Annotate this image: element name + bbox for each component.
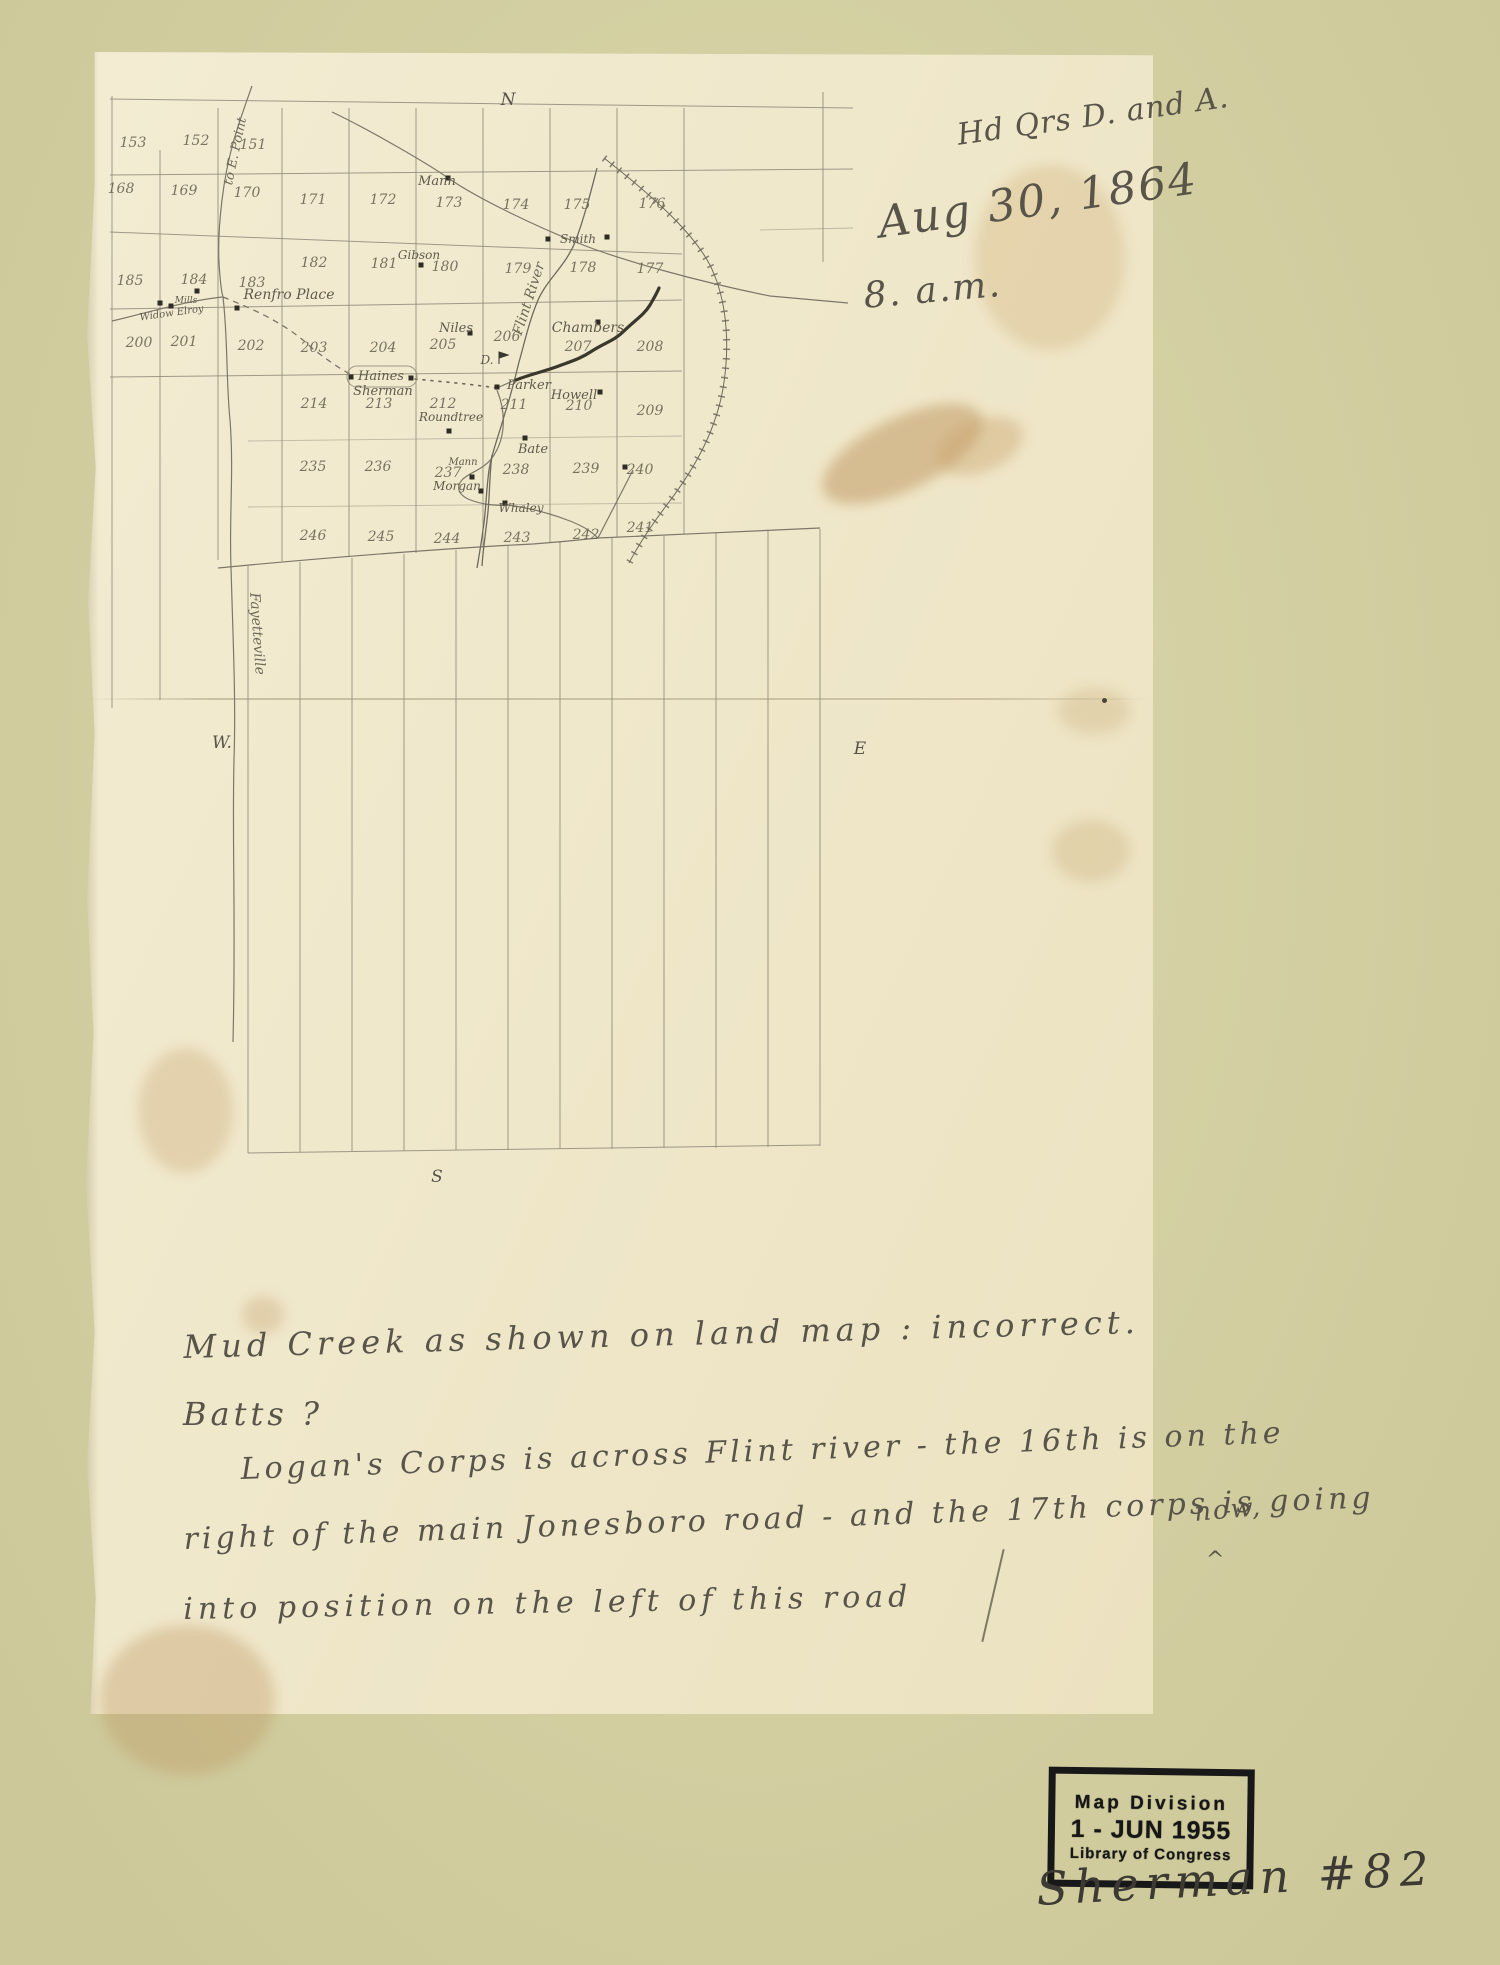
lot-number: 174 (503, 197, 530, 213)
lot-number: 238 (502, 462, 530, 478)
road-label: Fayetteville (246, 591, 268, 675)
place-label: Smith (560, 232, 596, 246)
lot-number: 170 (234, 185, 261, 201)
lot-number: 168 (108, 181, 135, 197)
note-batts: Batts ? (183, 1395, 323, 1433)
jonesboro-road-dashed (223, 297, 350, 374)
lot-number: 202 (237, 338, 265, 354)
lot-number: 208 (636, 339, 664, 355)
lot-number: 177 (637, 261, 664, 277)
house-marker (605, 235, 610, 240)
lot-number: 205 (429, 337, 457, 353)
place-label: Morgan (432, 479, 481, 493)
lot-number: 236 (364, 459, 392, 475)
house-marker (419, 263, 424, 268)
lot-number: 203 (300, 340, 328, 356)
lot-number: 171 (300, 192, 327, 208)
place-label: Roundtree (418, 410, 483, 424)
lot-number: 176 (639, 196, 666, 212)
lot-number: 240 (626, 462, 654, 478)
stamp-division: Map Division (1075, 1792, 1228, 1816)
house-marker (235, 306, 240, 311)
place-label: Mann (447, 457, 477, 468)
lot-number: 169 (171, 183, 198, 199)
grid-lines (110, 92, 853, 1153)
lot-number: 245 (367, 529, 395, 545)
place-label: Sherman (353, 384, 413, 399)
roads (112, 86, 848, 1042)
flag-marker (499, 352, 508, 364)
house-marker (195, 289, 200, 294)
house-marker (349, 375, 354, 380)
house-marker (495, 385, 500, 390)
lot-number: 211 (500, 397, 528, 413)
lot-number: 175 (564, 197, 591, 213)
lot-number: 214 (300, 396, 328, 412)
place-label: Gibson (398, 248, 440, 262)
insertion-caret: ^ (1206, 1548, 1224, 1573)
lot-number: 178 (570, 260, 597, 276)
lot-number: 181 (371, 256, 398, 272)
place-label: Niles (438, 321, 473, 336)
compass-east: E (853, 739, 867, 759)
place-label: Howell (550, 388, 597, 403)
lot-number: 153 (120, 135, 147, 151)
house-marker (409, 376, 414, 381)
lot-number: 204 (369, 340, 397, 356)
compass-north: N (500, 90, 517, 110)
lot-number: 173 (436, 195, 463, 211)
map-drawing: 1531521511681691701711721731741751761851… (0, 0, 1500, 1965)
house-marker (598, 390, 603, 395)
place-label: Mann (417, 174, 456, 189)
scanned-map-page: { "colors":{"mat":"#d7d3a4","paper":"#f0… (0, 0, 1500, 1965)
place-label: Whaley (499, 501, 544, 515)
compass-west: W. (212, 733, 232, 753)
stamp-date: 1 - JUN 1955 (1070, 1815, 1231, 1846)
lot-number: 246 (299, 528, 327, 544)
lot-number: 244 (433, 531, 461, 547)
house-marker (158, 301, 163, 306)
inserted-word: now, (1193, 1492, 1263, 1528)
place-label: D. (479, 353, 493, 367)
lot-numbers-layer: 1531521511681691701711721731741751761851… (108, 133, 666, 547)
railroad-ticks (604, 158, 727, 563)
lot-number: 182 (301, 255, 328, 271)
lot-number: 241 (626, 520, 654, 536)
house-marker (447, 429, 452, 434)
place-label: Bate (517, 442, 549, 457)
jonesboro-road-dotted (415, 379, 497, 388)
railroad (604, 158, 727, 563)
lot-number: 209 (636, 403, 664, 419)
house-marker (523, 436, 528, 441)
lot-number: 243 (503, 530, 531, 546)
lot-number: 200 (125, 335, 153, 351)
lot-number: 207 (564, 339, 592, 355)
place-label: Haines (357, 369, 404, 384)
fayetteville-road (223, 297, 235, 1042)
lot-number: 239 (572, 461, 600, 477)
compass-south: S (431, 1167, 443, 1187)
place-label: Chambers (552, 320, 624, 336)
place-label: Parker (506, 378, 552, 393)
lot-number: 235 (299, 459, 327, 475)
place-label: Renfro Place (243, 287, 335, 303)
lot-number: 172 (370, 192, 397, 208)
house-marker (546, 237, 551, 242)
lot-number: 152 (183, 133, 210, 149)
lot-number: 201 (170, 334, 198, 350)
lot-number: 242 (572, 527, 600, 543)
lot-number: 184 (181, 272, 208, 288)
lot-number: 185 (117, 273, 144, 289)
lot-number: 179 (505, 261, 532, 277)
